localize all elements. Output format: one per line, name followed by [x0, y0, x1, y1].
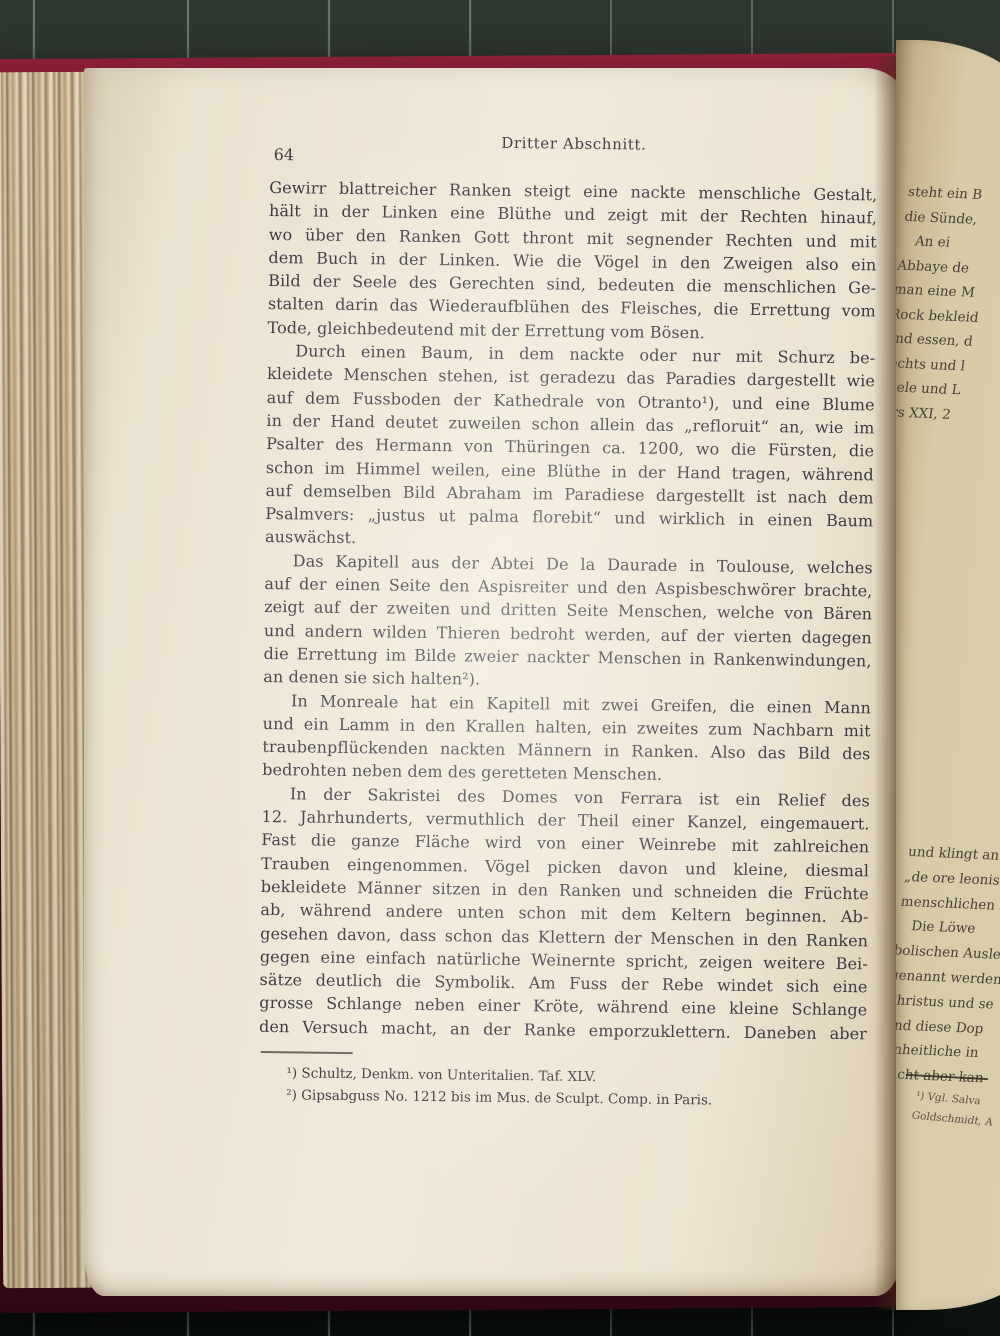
- facing-footnote-text: ¹) Vgl. SalvaGoldschmidt, A: [910, 1086, 1000, 1139]
- facing-page: steht ein Bdie Sünde,An eiAbbaye deman e…: [896, 40, 1000, 1310]
- book-photo: 64 Dritter Abschnitt. Gewirr blattreiche…: [0, 0, 1000, 1336]
- page-number: 64: [274, 145, 295, 164]
- footnote-divider: [261, 1051, 353, 1054]
- left-page: 64 Dritter Abschnitt. Gewirr blattreiche…: [84, 68, 906, 1296]
- body-text: Gewirr blattreicher Ranken steigt eine n…: [259, 176, 877, 1045]
- page-edge-stack: [0, 72, 95, 1288]
- page-content: 64 Dritter Abschnitt. Gewirr blattreiche…: [258, 130, 878, 1113]
- footnotes: ¹) Schultz, Denkm. von Unteritalien. Taf…: [258, 1062, 866, 1113]
- facing-page-top-text: steht ein Bdie Sünde,An eiAbbaye deman e…: [896, 180, 1000, 431]
- facing-page-bottom-text: und klingt an„de ore leonismenschlichen …: [896, 840, 1000, 1094]
- facing-text-line: vers XXI, 2: [896, 399, 1000, 430]
- running-header: Dritter Abschnitt.: [270, 130, 878, 157]
